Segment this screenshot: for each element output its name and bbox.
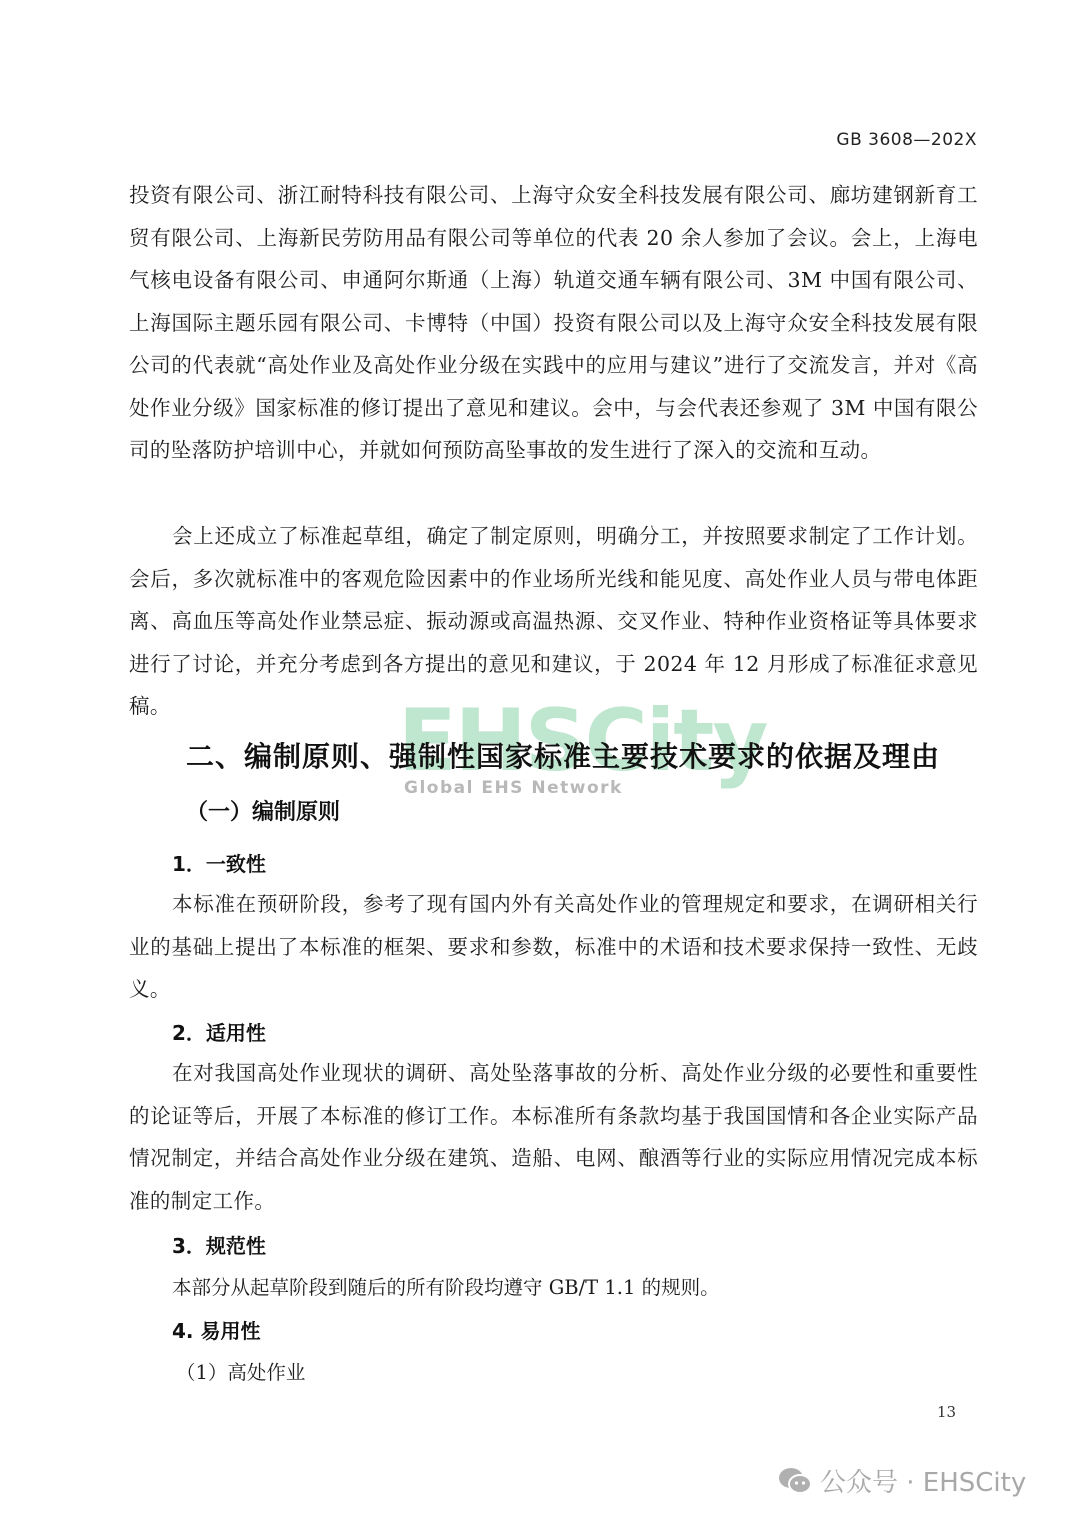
- item-body-usability: （1）高处作业: [176, 1357, 305, 1385]
- item-body-applicability: 在对我国高处作业现状的调研、高处坠落事故的分析、高处作业分级的必要性和重要性的论…: [129, 1052, 978, 1222]
- document-code: GB 3608—202X: [836, 130, 977, 150]
- paragraph-text: 投资有限公司、浙江耐特科技有限公司、上海守众安全科技发展有限公司、廊坊建钢新育工…: [129, 174, 978, 472]
- wechat-icon: [778, 1466, 812, 1496]
- paragraph-text: 本标准在预研阶段，参考了现有国内外有关高处作业的管理规定和要求，在调研相关行业的…: [129, 883, 978, 1011]
- item-heading-normativity: 3．规范性: [172, 1230, 266, 1259]
- item-body-normativity: 本部分从起草阶段到随后的所有阶段均遵守 GB/T 1.1 的规则。: [172, 1272, 720, 1300]
- subsection-title: （一）编制原则: [186, 795, 340, 826]
- item-heading-applicability: 2．适用性: [172, 1017, 266, 1046]
- item-heading-usability: 4. 易用性: [172, 1315, 260, 1344]
- watermark-tagline: Global EHS Network: [404, 778, 623, 798]
- wechat-account-label: 公众号 · EHSCity: [778, 1462, 1026, 1499]
- item-heading-consistency: 1．一致性: [172, 848, 266, 877]
- item-body-consistency: 本标准在预研阶段，参考了现有国内外有关高处作业的管理规定和要求，在调研相关行业的…: [129, 883, 978, 1011]
- page-number: 13: [937, 1403, 956, 1421]
- paragraph-text: 在对我国高处作业现状的调研、高处坠落事故的分析、高处作业分级的必要性和重要性的论…: [129, 1052, 978, 1222]
- paragraph-meeting-participants: 投资有限公司、浙江耐特科技有限公司、上海守众安全科技发展有限公司、廊坊建钢新育工…: [129, 174, 978, 472]
- section-title: 二、编制原则、强制性国家标准主要技术要求的依据及理由: [186, 735, 940, 775]
- wechat-account-text: 公众号 · EHSCity: [820, 1462, 1026, 1499]
